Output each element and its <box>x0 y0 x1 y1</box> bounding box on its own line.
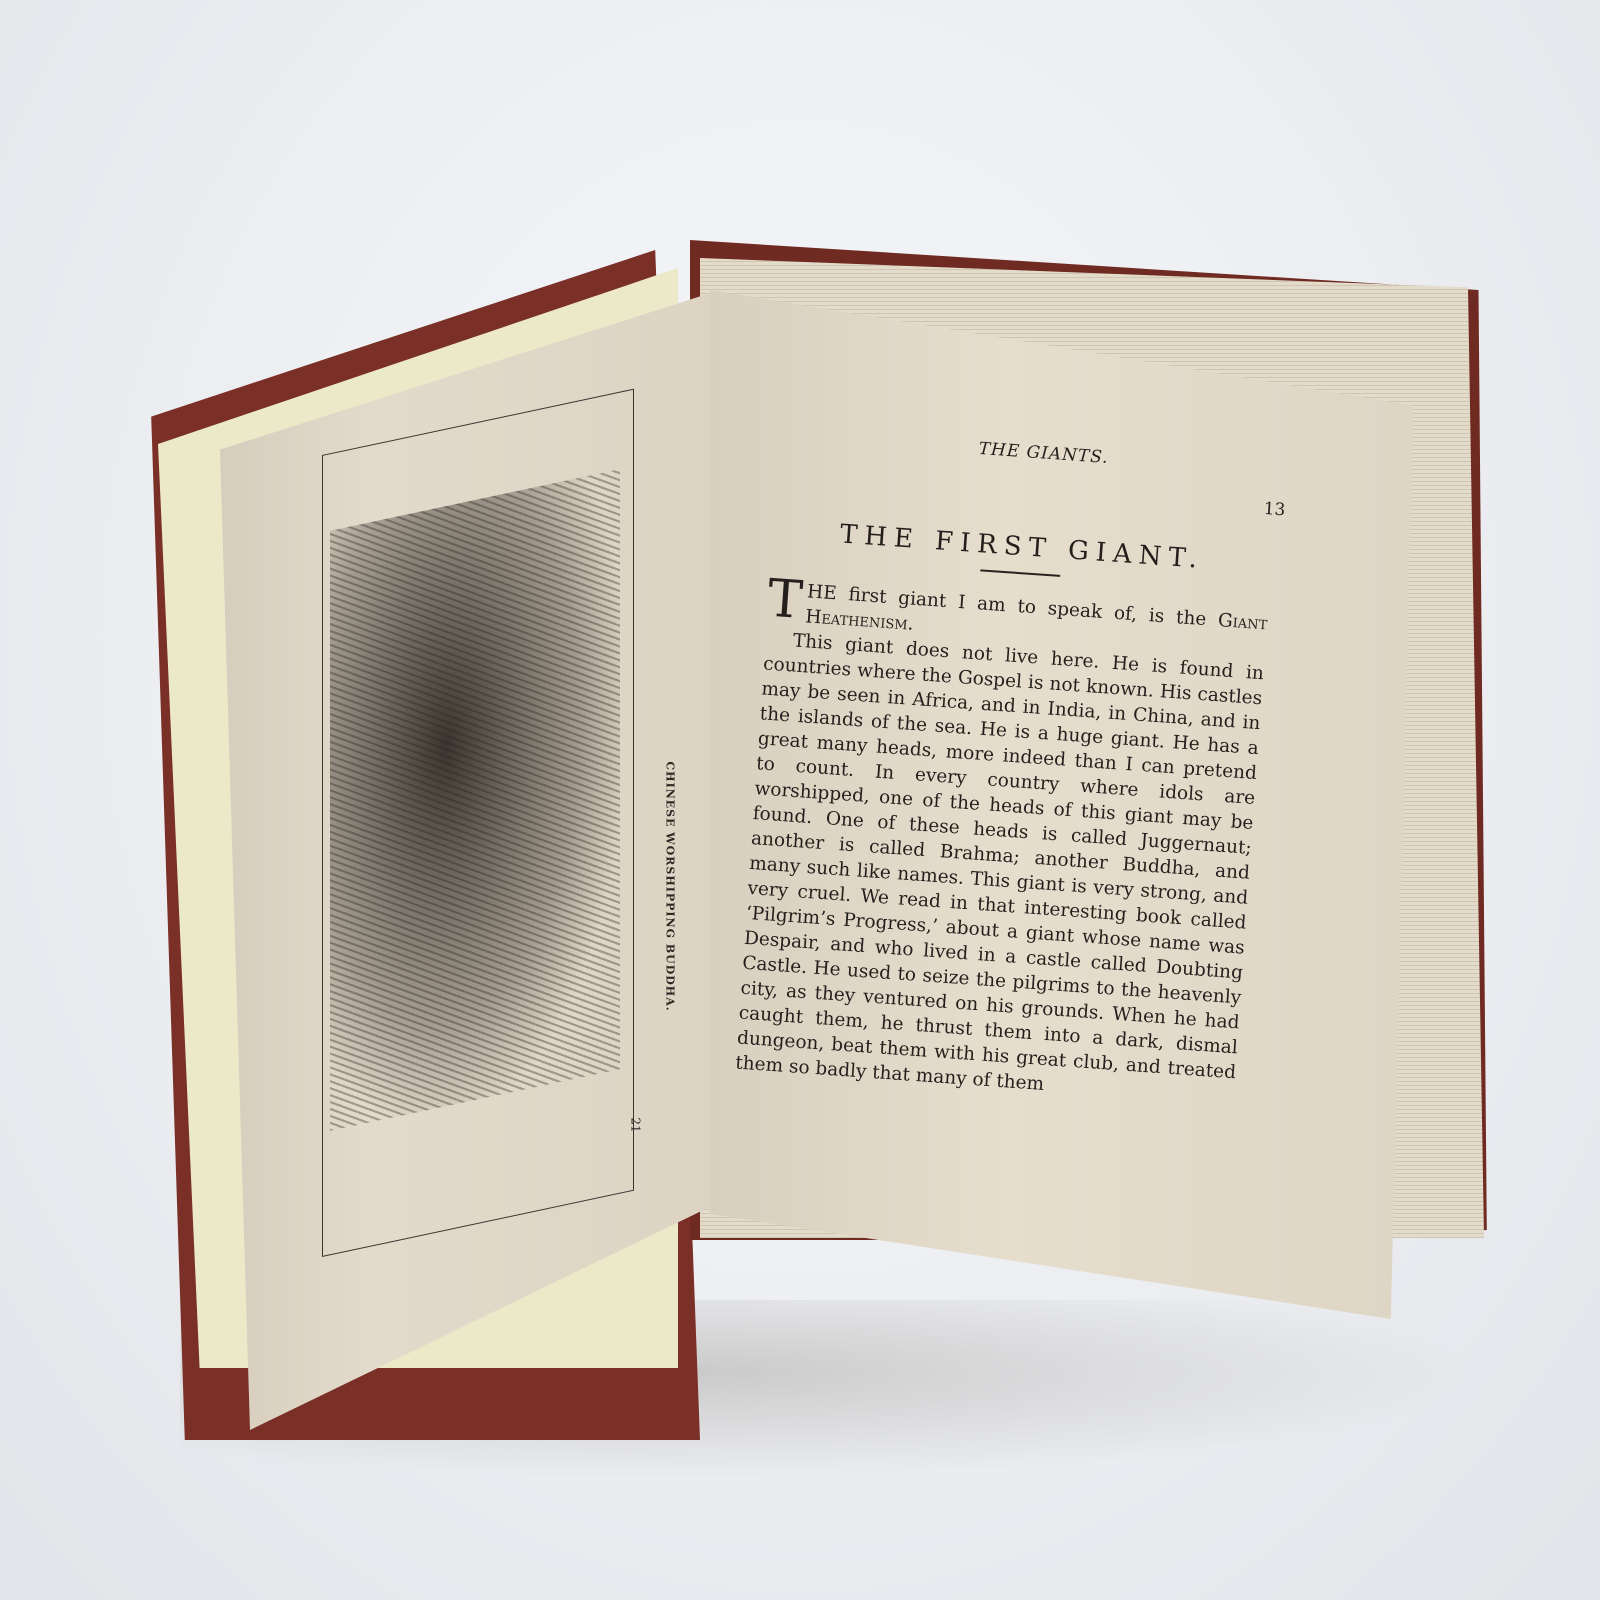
ornament-rule <box>980 569 1060 577</box>
page-number: 13 <box>1263 499 1286 520</box>
drop-cap: T <box>766 577 804 623</box>
body-text: T HE first giant I am to speak of, is th… <box>735 577 1269 1111</box>
engraving-illustration <box>330 469 620 1131</box>
plate-number: 21 <box>629 1117 643 1132</box>
chapter-title: THE FIRST GIANT. <box>772 515 1273 580</box>
right-page-text: THE GIANTS. 13 THE FIRST GIANT. T HE fir… <box>735 425 1279 1110</box>
illustration-caption: CHINESE WORSHIPPING BUDDHA. <box>664 687 677 1087</box>
paragraph-2: This giant does not live here. He is fou… <box>735 627 1265 1111</box>
